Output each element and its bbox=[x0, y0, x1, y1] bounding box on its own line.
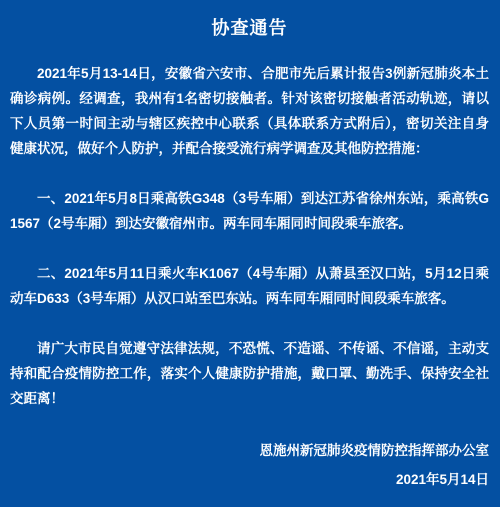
notice-paragraph-intro: 2021年5月13-14日，安徽省六安市、合肥市先后累计报告3例新冠肺炎本土确诊… bbox=[10, 61, 489, 161]
notice-paragraph-appeal: 请广大市民自觉遵守法律法规，不恐慌、不造谣、不传谣、不信谣，主动支持和配合疫情防… bbox=[10, 336, 489, 411]
notice-title: 协查通告 bbox=[10, 17, 489, 39]
notice-date: 2021年5月14日 bbox=[10, 465, 489, 494]
notice-issuer: 恩施州新冠肺炎疫情防控指挥部办公室 bbox=[10, 436, 489, 465]
notice-body: 2021年5月13-14日，安徽省六安市、合肥市先后累计报告3例新冠肺炎本土确诊… bbox=[10, 61, 489, 411]
notice-signature-block: 恩施州新冠肺炎疫情防控指挥部办公室 2021年5月14日 bbox=[10, 436, 489, 494]
notice-page: 协查通告 2021年5月13-14日，安徽省六安市、合肥市先后累计报告3例新冠肺… bbox=[0, 0, 500, 507]
notice-paragraph-item-1: 一、2021年5月8日乘高铁G348（3号车厢）到达江苏省徐州东站，乘高铁G15… bbox=[10, 186, 489, 236]
notice-paragraph-item-2: 二、2021年5月11日乘火车K1067（4号车厢）从萧县至汉口站，5月12日乘… bbox=[10, 261, 489, 311]
